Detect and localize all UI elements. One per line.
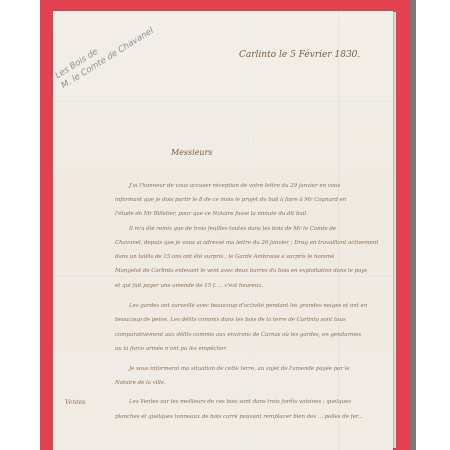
body-line: J'ai l'honneur de vous accuser réception… — [129, 183, 340, 189]
fold-crease-vertical-right — [338, 11, 339, 450]
letter-page: Les Bois de M. le Comte de Chavanel Carl… — [53, 11, 393, 450]
letter-dateline: Carlinto le 5 Février 1830. — [239, 50, 360, 60]
shadow-strip — [410, 0, 416, 450]
fold-crease-horizontal-bottom — [53, 276, 393, 278]
body-line: beaucoup de peine. Les délits commis dan… — [115, 317, 346, 323]
body-line: dans un taillis de 15 ans ont été surpri… — [115, 254, 334, 260]
fold-crease-horizontal-top — [53, 101, 393, 103]
body-line: Les Ventes sur les meilleurs de ces bois… — [129, 399, 351, 405]
body-line: planches et quelques tonneaux de bois ca… — [115, 414, 363, 420]
body-line: Notaire de la ville. — [115, 380, 166, 386]
body-line: Les gardes ont surveillé avec beaucoup d… — [129, 303, 367, 309]
margin-note: Ventes — [65, 399, 85, 406]
letter-salutation: Messieurs — [171, 148, 213, 157]
body-line: comparativement aux délits commis aux en… — [115, 332, 361, 338]
body-line: l'étude de Mr Billetier, pour que ce Not… — [115, 211, 308, 217]
body-line: informant que je dois partir le 8 de ce … — [115, 197, 346, 203]
body-line: Chavanel, depuis que je vous ai adressé … — [115, 240, 378, 246]
body-line: Je vous informerai ma situation de cette… — [129, 366, 350, 372]
body-line: et qui fait payer une amende de 15 f. ..… — [115, 283, 263, 289]
body-line: ou la force armée n'ont pu les empêcher. — [115, 346, 227, 352]
body-line: Mangelot de Carlinto enlevant le vent av… — [115, 268, 367, 274]
body-line: Il m'a été remis que de trois feuilles t… — [129, 226, 336, 232]
